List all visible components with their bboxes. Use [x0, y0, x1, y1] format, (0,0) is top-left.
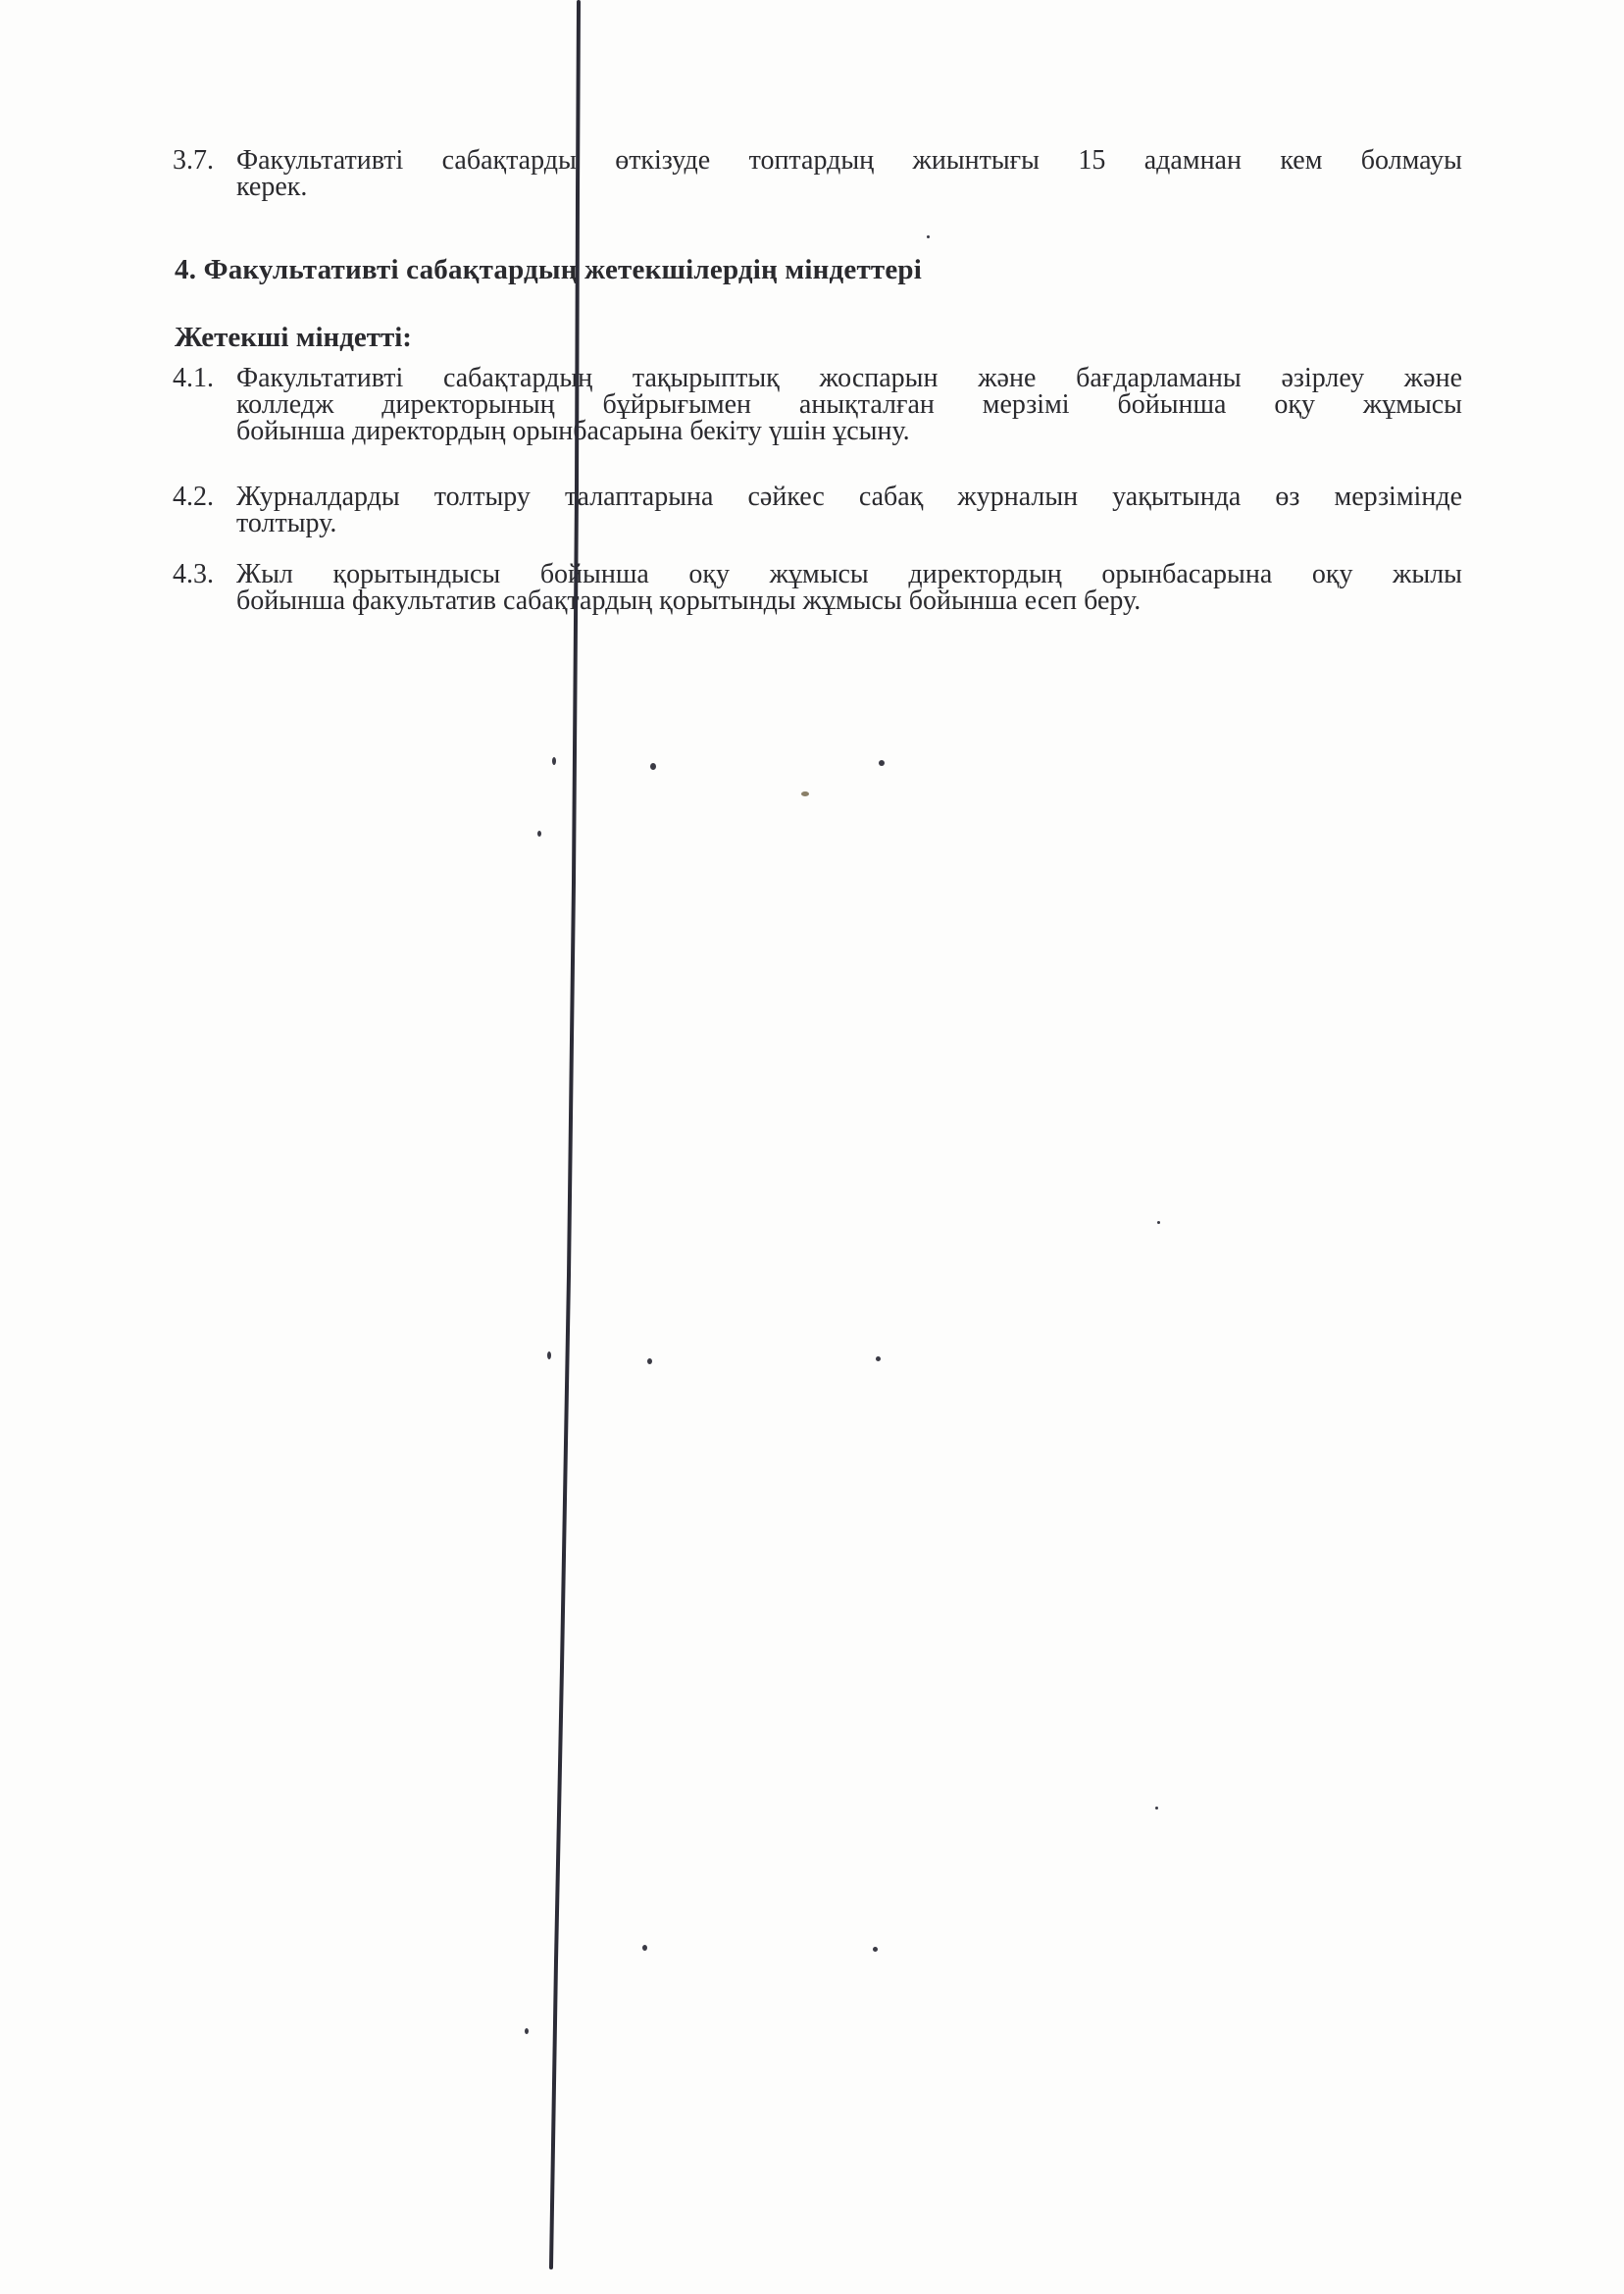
- item-line: бойынша факультатив сабақтардың қорытынд…: [236, 587, 1462, 614]
- item-number: 4.1.: [173, 365, 214, 391]
- scan-speck: [927, 235, 930, 238]
- item-line: Журналдарды толтыру талаптарына сәйкес с…: [236, 484, 1462, 510]
- section-subheading: Жетекші міндетті:: [175, 323, 412, 352]
- item-line: Факультативті сабақтардың тақырыптық жос…: [236, 365, 1462, 391]
- scan-speck: [879, 760, 885, 766]
- list-item-4-1: 4.1. Факультативті сабақтардың тақырыпты…: [173, 365, 1462, 444]
- scan-speck: [647, 1358, 652, 1364]
- item-text: Факультативті сабақтарды өткізуде топтар…: [236, 147, 1462, 200]
- item-text: Жыл қорытындысы бойынша оқу жұмысы дирек…: [236, 561, 1462, 614]
- scan-speck: [1157, 1221, 1160, 1224]
- scan-speck: [552, 757, 556, 765]
- scan-speck: [801, 791, 809, 796]
- item-line: керек.: [236, 174, 1462, 200]
- item-number: 4.3.: [173, 561, 214, 587]
- list-item-4-2: 4.2. Журналдарды толтыру талаптарына сәй…: [173, 484, 1462, 536]
- item-line: Жыл қорытындысы бойынша оқу жұмысы дирек…: [236, 561, 1462, 587]
- list-item-3-7: 3.7. Факультативті сабақтарды өткізуде т…: [173, 147, 1462, 200]
- item-text: Журналдарды толтыру талаптарына сәйкес с…: [236, 484, 1462, 536]
- scan-speck: [650, 763, 656, 770]
- scan-speck: [547, 1351, 551, 1359]
- list-item-4-3: 4.3. Жыл қорытындысы бойынша оқу жұмысы …: [173, 561, 1462, 614]
- item-text: Факультативті сабақтардың тақырыптық жос…: [236, 365, 1462, 444]
- scan-speck: [537, 831, 541, 837]
- scan-speck: [876, 1356, 881, 1361]
- scan-speck: [873, 1947, 878, 1952]
- item-line: бойынша директордың орынбасарына бекіту …: [236, 418, 1462, 444]
- item-line: колледж директорының бұйрығымен анықталғ…: [236, 391, 1462, 418]
- scan-speck: [642, 1945, 647, 1951]
- scan-speck: [1155, 1807, 1158, 1810]
- section-heading: 4. Факультативті сабақтардың жетекшілерд…: [175, 255, 922, 284]
- item-number: 4.2.: [173, 484, 214, 510]
- scan-speck: [525, 2028, 529, 2034]
- item-line: толтыру.: [236, 510, 1462, 536]
- item-number: 3.7.: [173, 147, 214, 174]
- scanned-page: 3.7. Факультативті сабақтарды өткізуде т…: [0, 0, 1624, 2294]
- item-line: Факультативті сабақтарды өткізуде топтар…: [236, 147, 1462, 174]
